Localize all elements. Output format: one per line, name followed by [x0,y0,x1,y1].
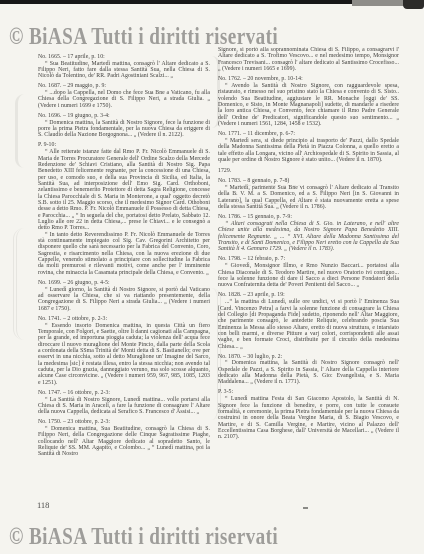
entry-heading: No. 1798. – 12 febraio, p. 7: [218,256,399,262]
entry-paragraph: “ Martedì, parimente Sua Bne vi consagrò… [218,185,399,210]
entry-heading: No. 1699. – 26 giugno, p. 4-5: [38,280,210,286]
scan-artifact-top-strip [0,0,356,4]
entry-paragraph: “ ...dopo la Cappella, nel Domo che fece… [38,90,210,109]
entry-heading: No. 1696. – 19 giugno, p. 3-4: [38,113,210,119]
entry-paragraph: “ Essendo insorto Domenica mattina, in q… [38,323,210,386]
entry-heading: No. 1870. – 30 luglio, p. 2: [218,354,399,360]
entry-heading: No. 1665. – 17 aprile, p. 10: [38,54,210,60]
entry-paragraph: “ Domenica mattina, Sua Beatitudine, con… [38,426,210,458]
scan-artifact-corner-blob [403,0,424,9]
entry-paragraph: “ Sua Beatitudine, Martedì mattina, cons… [38,61,210,80]
entry-paragraph: “ La Santità di Nostro Signore, Lunedì m… [38,397,210,416]
entry-paragraph: “ Domenica mattina, la Santità di Nostro… [218,360,399,385]
entry-paragraph: “ Martedì sera, si diede principio al tr… [218,138,399,163]
year-heading: 1729. [218,168,399,174]
scan-bleedthrough-ornament [13,228,35,340]
entry-paragraph: “ In tanto detto Reverendissimo P. Fr. N… [38,232,210,276]
entry-paragraph: “ Avendo la Santità di Nostro Signore, c… [218,83,399,127]
entry-paragraph: “ Giovedì, Monsignor Illmo, e Rmo Nunzio… [218,263,399,288]
entry-paragraph: “ Lunedì giorno, la Santità di Nostro Si… [38,287,210,312]
entry-heading: No. 1762. – 20 novembre, p. 10-14: [218,76,399,82]
entry-paragraph: “ Altari consagrati nella Chiesa di S. G… [218,221,399,253]
entry-heading: P. 9-10: [38,142,210,148]
entry-heading: No. 1828. – 23 aprile, p. 19: [218,292,399,298]
entry-heading: No. 1771. – 11 dicembre, p. 6-7: [218,131,399,137]
entry-paragraph: ...“ la mattina di Lunedì, sulle ore und… [218,299,399,350]
entry-paragraph: “ Alle reiterate istanze fatte dal Rmo P… [38,149,210,231]
entry-paragraph: Signore, si portò alla soprannominata Ch… [218,47,399,72]
scan-bleedthrough-ornament [15,94,34,168]
entry-heading: No. 1786. – 15 gennaio, p. 7-9: [218,214,399,220]
text-column-left: No. 1665. – 17 aprile, p. 10:“ Sua Beati… [38,50,210,496]
watermark-bottom: © BiASA Tutti i diritti riservati [9,524,278,551]
entry-heading: No. 1783. – 8 gennaio, p. 7-8) [218,178,399,184]
scan-speck [303,507,308,509]
text-column-right: Signore, si portò alla soprannominata Ch… [218,47,399,503]
entry-heading: No. 1687. – 29 maggio, p. 9: [38,83,210,89]
page-number: 118 [37,500,49,510]
entry-heading: P. 3-5: [218,389,399,395]
entry-paragraph: “ Lunedì mattina Festa di San Giacomo Ap… [218,396,399,440]
entry-heading: No. 1741. – 2 ottobre, p. 2-3: [38,316,210,322]
entry-heading: No. 1747. – 16 ottobre, p. 2-3: [38,390,210,396]
entry-heading: No. 1750. – 23 ottobre, p. 2-3: [38,419,210,425]
entry-paragraph: “ Domenica mattina, la Santità di Nostro… [38,120,210,139]
scan-artifact-top-strip-gray [352,0,410,6]
